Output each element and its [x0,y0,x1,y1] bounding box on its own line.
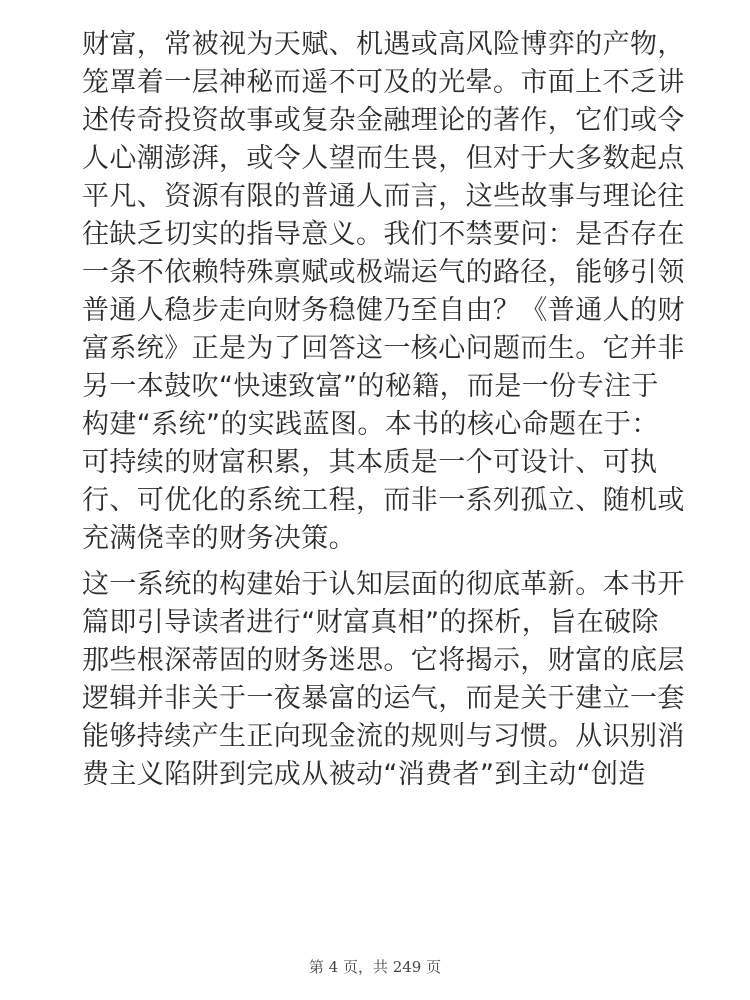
text-line: 这一系统的构建始于认知层面的彻底革新。本书开 [82,566,672,604]
text-line: 笼罩着一层神秘而遥不可及的光晕。市面上不乏讲 [82,64,672,102]
text-line: 富系统》正是为了回答这一核心问题而生。它并非 [82,330,672,368]
page-number-footer: 第 4 页，共 249 页 [0,956,750,977]
text-line: 平凡、资源有限的普通人而言，这些故事与理论往 [82,178,672,216]
text-line: 可持续的财富积累，其本质是一个可设计、可执 [82,444,672,482]
text-line: 普通人稳步走向财务稳健乃至自由？《普通人的财 [82,292,672,330]
text-line: 行、可优化的系统工程，而非一系列孤立、随机或 [82,482,672,520]
text-line: 逻辑并非关于一夜暴富的运气，而是关于建立一套 [82,680,672,718]
text-line: 充满侥幸的财务决策。 [82,520,672,558]
text-line: 能够持续产生正向现金流的规则与习惯。从识别消 [82,718,672,756]
text-line: 一条不依赖特殊禀赋或极端运气的路径，能够引领 [82,254,672,292]
text-line: 往缺乏切实的指导意义。我们不禁要问：是否存在 [82,216,672,254]
text-line: 篇即引导读者进行“财富真相”的探析，旨在破除 [82,604,672,642]
text-line: 构建“系统”的实践蓝图。本书的核心命题在于： [82,406,672,444]
paragraph-2: 这一系统的构建始于认知层面的彻底革新。本书开 篇即引导读者进行“财富真相”的探析… [82,566,672,794]
document-page: 财富，常被视为天赋、机遇或高风险博弈的产物， 笼罩着一层神秘而遥不可及的光晕。市… [82,26,672,802]
paragraph-1: 财富，常被视为天赋、机遇或高风险博弈的产物， 笼罩着一层神秘而遥不可及的光晕。市… [82,26,672,558]
text-line: 费主义陷阱到完成从被动“消费者”到主动“创造 [82,756,672,794]
text-line: 人心潮澎湃，或令人望而生畏，但对于大多数起点 [82,140,672,178]
text-line: 述传奇投资故事或复杂金融理论的著作，它们或令 [82,102,672,140]
text-line: 那些根深蒂固的财务迷思。它将揭示，财富的底层 [82,642,672,680]
text-line: 财富，常被视为天赋、机遇或高风险博弈的产物， [82,26,672,64]
text-line: 另一本鼓吹“快速致富”的秘籍，而是一份专注于 [82,368,672,406]
